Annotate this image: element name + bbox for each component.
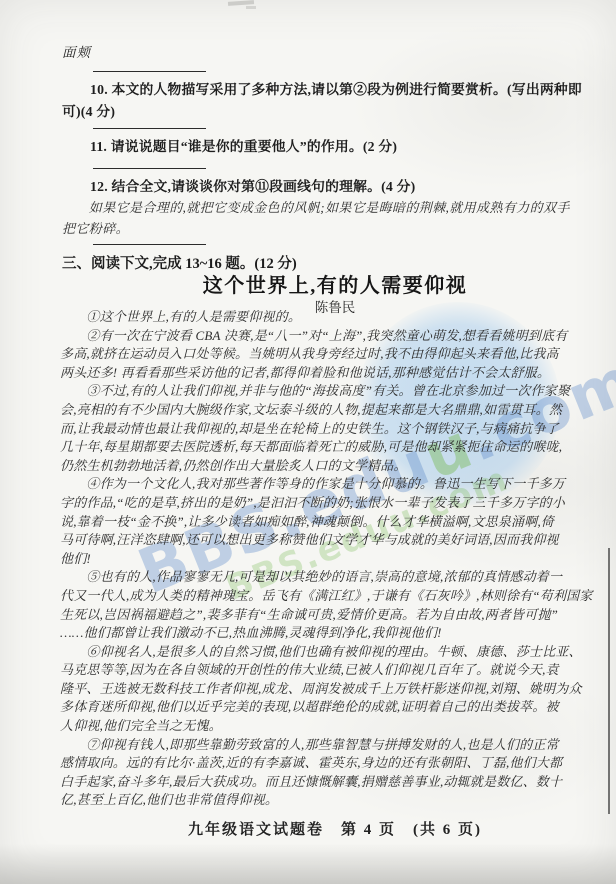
essay-body: ①这个世界上,有的人是需要仰视的。 ②有一次在宁波看 CBA 决赛,是“八一”对…: [60, 308, 608, 810]
question-12-quoted-sentence: 如果它是合理的,就把它变成金色的风帆;如果它是晦暗的荆棘,就用成熟有力的双手 把…: [62, 197, 608, 239]
essay-paragraph-3: ③不过,有的人让我们仰视,并非与他的“海拔高度”有关。曾在北京参加过一次作家聚 …: [60, 382, 608, 475]
page-footer: 九年级语文试题卷 第 4 页 (共 6 页): [62, 818, 608, 839]
scan-smudge: [246, 6, 256, 9]
essay-paragraph-6: ⑥仰视名人,是很多人的自然习惯,他们也确有被仰视的理由。牛顿、康德、莎士比亚、 …: [60, 643, 608, 736]
essay-paragraph-1: ①这个世界上,有的人是需要仰视的。: [60, 308, 608, 327]
answer-blank-line-4: [93, 244, 206, 245]
essay-paragraph-7: ⑦仰视有钱人,即那些靠勤劳致富的人,那些靠智慧与拼搏发财的人,也是人们的正常 感…: [60, 736, 608, 810]
answer-blank-line-2: [93, 128, 206, 129]
essay-title: 这个世界上,有的人需要仰视: [62, 269, 608, 298]
scan-artifact-line: [608, 548, 610, 814]
answer-blank-line-3: [93, 168, 206, 169]
question-11: 11. 请说说题目“谁是你的重要他人”的作用。(2 分): [62, 136, 608, 158]
question-10: 10. 本文的人物描写采用了多种方法,请以第②段为例进行简要赏析。(写出两种即 …: [62, 79, 608, 123]
essay-paragraph-5: ⑤也有的人,作品寥寥无几,可是却以其绝妙的语言,崇高的意境,浓郁的真情感动着一 …: [60, 568, 608, 642]
page-footer-text: 九年级语文试题卷 第 4 页 (共 6 页): [188, 822, 482, 838]
answer-blank-line-1: [93, 71, 206, 72]
essay-paragraph-2: ②有一次在宁波看 CBA 决赛,是“八一”对“上海”,我突然童心萌发,想看看姚明…: [60, 327, 608, 383]
question-12: 12. 结合全文,请谈谈你对第⑪段画线句的理解。(4 分): [62, 176, 608, 198]
essay-paragraph-4: ④作为一个文化人,我对那些著作等身的作家是十分仰慕的。鲁迅一生写下一千多万 字的…: [60, 475, 608, 568]
previous-answer-fragment: 面颊: [62, 41, 91, 61]
scanned-exam-page: BBS.eduu.com BBS.eduu.com 面颊 10. 本文的人物描写…: [0, 0, 616, 884]
